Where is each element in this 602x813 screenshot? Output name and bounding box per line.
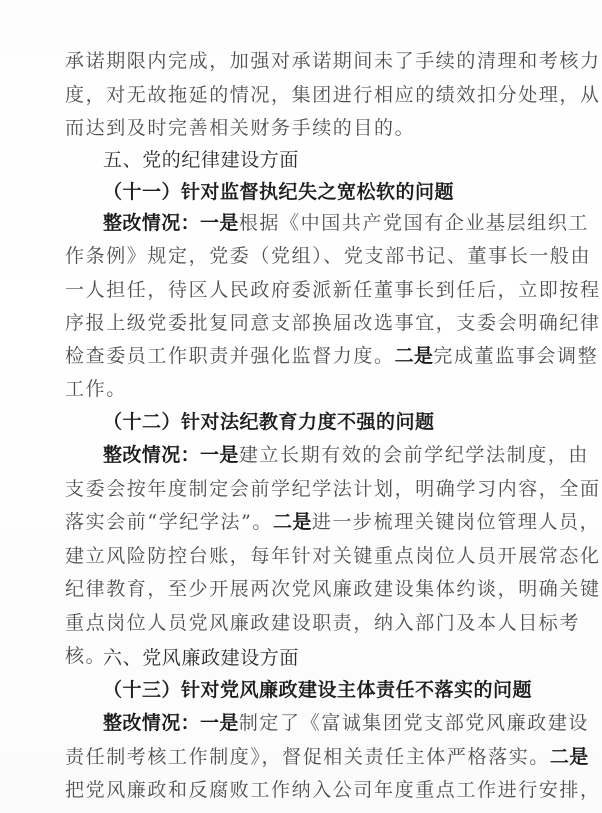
body-text-line: 承诺期限内完成，加强对承诺期间未了手续的清理和考核力	[65, 44, 535, 78]
body-text-line: 工作。	[65, 372, 535, 406]
rectification-paragraph-12-line: 整改情况：一是建立长期有效的会前学纪学法制度，由	[103, 438, 573, 472]
body-text: 检查委员工作职责并强化监督力度。	[65, 345, 395, 367]
body-text: 落实会前“学纪学法”。	[65, 511, 273, 533]
section-heading-5: 五、党的纪律建设方面	[103, 143, 573, 177]
rectification-label: 整改情况：	[103, 212, 200, 234]
rectification-label: 整改情况：	[103, 444, 200, 466]
second-point-marker: 二是	[550, 746, 589, 768]
body-text-line: 责任制考核工作制度》，督促相关责任主体严格落实。二是	[65, 740, 535, 774]
body-text: 制定了《富诚集团党支部党风廉政建设	[239, 712, 589, 734]
body-text-line: 落实会前“学纪学法”。二是进一步梳理关键岗位管理人员，	[65, 505, 535, 539]
body-text-line: 重点岗位人员党风廉政建设职责，纳入部门及本人目标考	[65, 606, 535, 640]
document-page: 承诺期限内完成，加强对承诺期间未了手续的清理和考核力 度，对无故拖延的情况，集团…	[0, 0, 602, 813]
body-text: 完成董监事会调整	[433, 345, 598, 367]
body-text-line: 作条例》规定，党委（党组）、党支部书记、董事长一般由	[65, 239, 535, 273]
body-text: 根据《中国共产党国有企业基层组织工	[239, 212, 589, 234]
body-text-line: 检查委员工作职责并强化监督力度。二是完成董监事会调整	[65, 339, 535, 373]
body-text: 责任制考核工作制度》，督促相关责任主体严格落实。	[65, 746, 550, 768]
body-text-line: 支委会按年度制定会前学纪学法计划，明确学习内容，全面	[65, 472, 535, 506]
rectification-label: 整改情况：	[103, 712, 200, 734]
body-text: 进一步梳理关键岗位管理人员，	[312, 511, 600, 533]
first-point-marker: 一是	[200, 212, 239, 234]
section-heading-6: 六、党风廉政建设方面	[103, 641, 573, 675]
body-text: 建立长期有效的会前学纪学法制度，由	[239, 444, 589, 466]
second-point-marker: 二是	[273, 511, 312, 533]
item-heading-13: （十三）针对党风廉政建设主体责任不落实的问题	[103, 673, 573, 707]
body-text-line: 而达到及时完善相关财务手续的目的。	[65, 111, 535, 145]
first-point-marker: 一是	[200, 444, 239, 466]
body-text-line: 序报上级党委批复同意支部换届改选事宜，支委会明确纪律	[65, 306, 535, 340]
rectification-paragraph-13-line: 整改情况：一是制定了《富诚集团党支部党风廉政建设	[103, 706, 573, 740]
body-text-line: 度，对无故拖延的情况，集团进行相应的绩效扣分处理，从	[65, 78, 535, 112]
item-heading-12: （十二）针对法纪教育力度不强的问题	[103, 405, 573, 439]
first-point-marker: 一是	[200, 712, 239, 734]
rectification-paragraph-11-line: 整改情况：一是根据《中国共产党国有企业基层组织工	[103, 206, 573, 240]
second-point-marker: 二是	[395, 345, 434, 367]
item-heading-11: （十一）针对监督执纪失之宽松软的问题	[103, 175, 573, 209]
body-text-line: 建立风险防控台账，每年针对关键重点岗位人员开展常态化	[65, 539, 535, 573]
body-text-line: 一人担任，待区人民政府委派新任董事长到任后，立即按程	[65, 273, 535, 307]
body-text-line: 纪律教育，至少开展两次党风廉政建设集体约谈，明确关键	[65, 572, 535, 606]
body-text-line: 把党风廉政和反腐败工作纳入公司年度重点工作进行安排，	[65, 773, 535, 807]
